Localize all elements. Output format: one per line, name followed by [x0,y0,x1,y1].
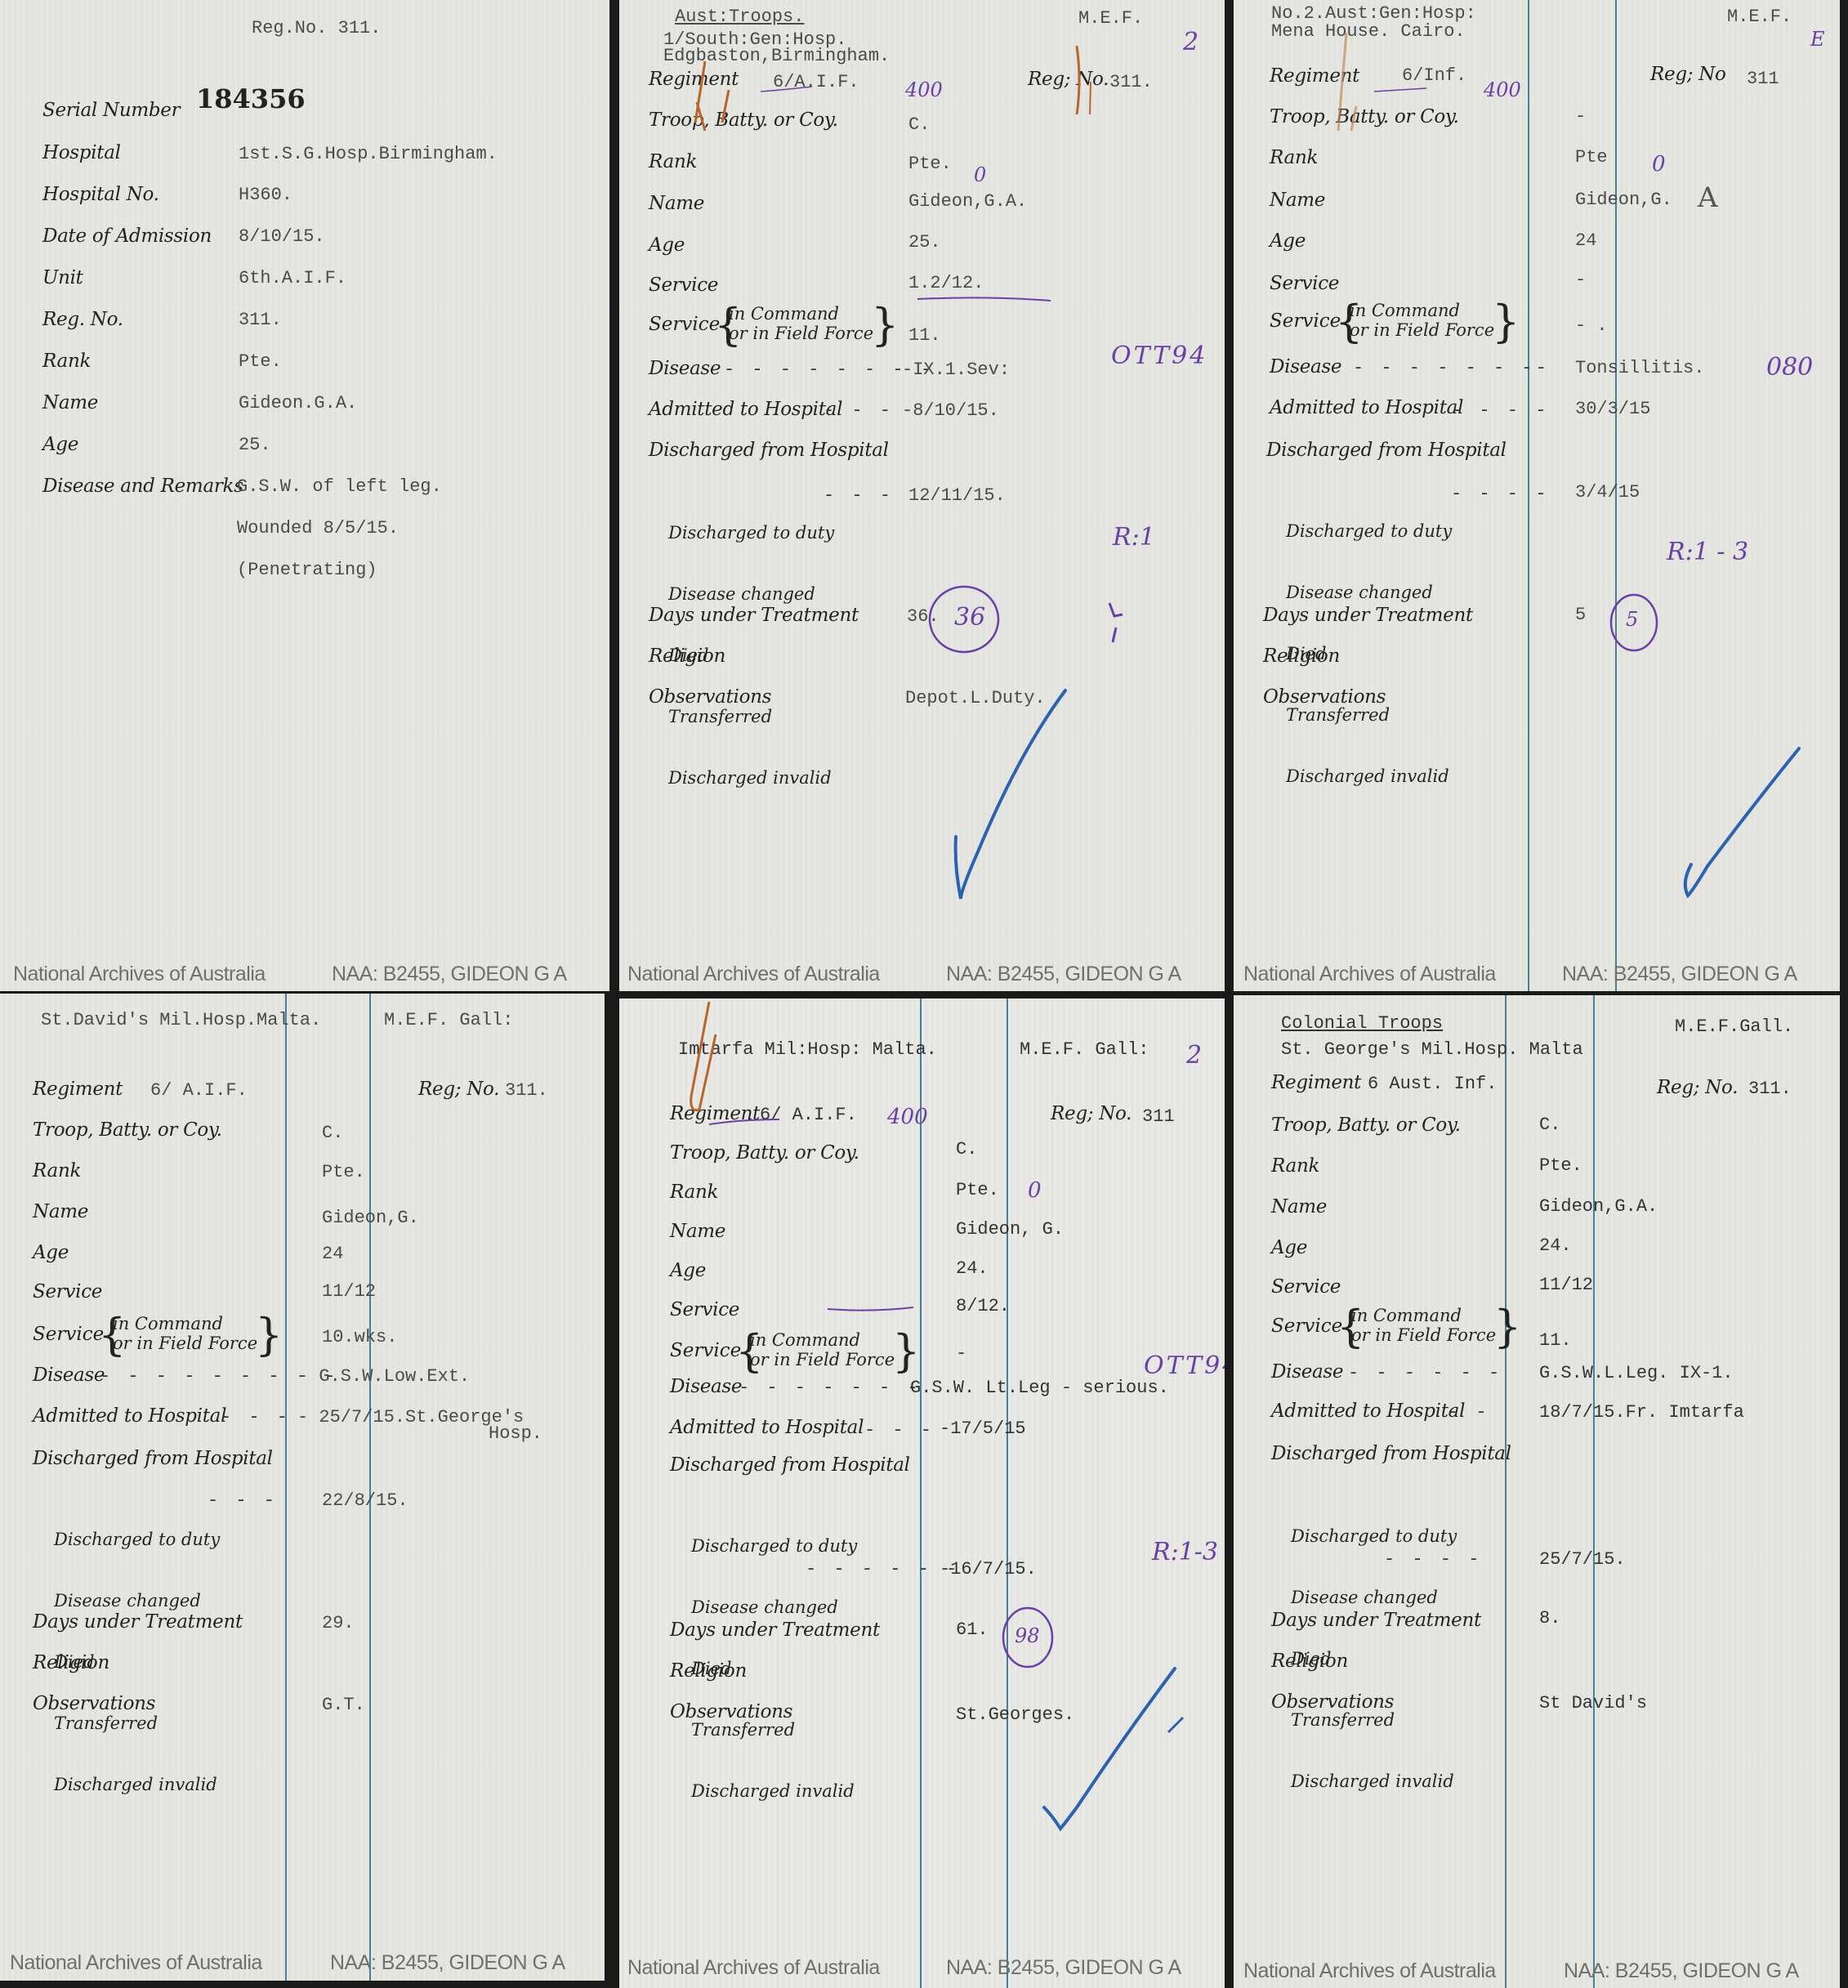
label-service: Service [649,275,718,296]
service-command-line-b: or in Field Force [113,1334,257,1353]
label-name: Name [42,392,98,413]
label-reg-no: Reg; No [1650,64,1726,85]
card-5-imtarfa-malta: Imtarfa Mil:Hosp: Malta. M.E.F. Gall: Re… [619,998,1225,1988]
footer-reference: NAA: B2455, GIDEON G A [946,1956,1181,1980]
sub-disease-changed: Disease changed [691,1597,857,1618]
value-hospital: 1st.S.G.Hosp.Birmingham. [239,144,498,164]
value-observations: St David's [1539,1693,1647,1713]
sub-discharged-invalid: Discharged invalid [54,1775,220,1795]
value-name: Gideon,G.A. [1539,1196,1658,1217]
sub-disease-changed: Disease changed [54,1591,220,1611]
label-admitted: Admitted to Hospital [670,1417,864,1438]
card-header-right: M.E.F. [1078,10,1143,28]
sub-transferred: Transferred [54,1713,220,1734]
annotation-reference: R:1-3 [1152,1538,1218,1566]
value-name: Gideon, G. [956,1219,1064,1240]
label-admitted: Admitted to Hospital [1271,1401,1465,1422]
value-age: 24 [322,1244,343,1264]
value-rank: Pte. [239,351,282,372]
card-header-line-1: St.David's Mil.Hosp.Malta. [41,1012,321,1030]
value-discharged-duty: 3/4/15 [1575,482,1640,503]
sub-discharged-duty: Discharged to duty [668,523,834,543]
value-serial-number: 184356 [196,83,306,114]
card-2-edgbaston: Aust:Troops. 1/South:Gen:Hosp. Edgbaston… [619,0,1225,991]
value-reg-no: 311. [1748,1079,1792,1099]
label-service: Service [1270,273,1339,294]
label-troop: Troop, Batty. or Coy. [649,109,838,131]
card-header-right: M.E.F. Gall: [1020,1041,1149,1059]
label-name: Name [33,1201,88,1222]
label-age: Age [1270,230,1306,252]
value-days-treatment: 29. [322,1613,355,1633]
label-service: Service [670,1299,739,1320]
value-disease: G.S.W.L.Leg. IX-1. [1539,1363,1734,1383]
label-service: Service [1271,1276,1341,1298]
label-observations: Observations [1271,1691,1394,1713]
value-name: Gideon.G.A. [239,393,357,413]
annotation-days-circled: 5 [1626,608,1638,631]
service-command-prefix: Service [33,1324,104,1345]
ruled-line [369,994,371,1981]
ruled-line [1007,998,1008,1988]
value-regiment: 6/Inf. [1402,65,1466,86]
footer-reference: NAA: B2455, GIDEON G A [946,963,1181,986]
value-date-admission: 8/10/15. [239,226,325,247]
sub-discharged-duty: Discharged to duty [1286,521,1452,542]
service-command-prefix: Service [670,1340,741,1361]
value-rank: Pte. [322,1162,365,1182]
value-rank: Pte [1575,147,1608,168]
value-troop: C. [1539,1115,1560,1135]
value-troop: C. [908,114,930,135]
label-religion: Religion [33,1652,109,1673]
card-header-line-3: Edgbaston,Birmingham. [663,47,890,65]
value-service: - [1575,270,1586,290]
label-disease: Disease [1271,1361,1343,1383]
label-discharged: Discharged from Hospital [1271,1443,1511,1464]
service-command-prefix: Service [1270,310,1341,332]
value-reg-no: 311. [505,1080,548,1101]
annotation-rank-code: 0 [974,163,986,186]
value-observations: St.Georges. [956,1704,1074,1725]
annotation-regiment-code: 400 [1484,78,1521,101]
annotation-disease-code: OTT94 [1111,342,1207,370]
sub-transferred: Transferred [691,1720,857,1740]
leader-dashes: - - - - - - -- [1353,358,1550,378]
label-disease-remarks: Disease and Remarks [42,476,243,497]
card-header-line-2: Mena House. Cairo. [1271,23,1466,41]
label-religion: Religion [1271,1651,1348,1672]
value-disease: G.S.W. Lt.Leg - serious. [910,1378,1169,1398]
service-command-line-a: in Command [1351,1306,1462,1325]
card-header-right: M.E.F. Gall: [384,1012,513,1030]
brace-close-icon: } [255,1309,283,1360]
value-admitted: 18/7/15.Fr. Imtarfa [1539,1402,1744,1423]
label-observations: Observations [33,1693,155,1714]
value-transferred: 25/7/15. [1539,1549,1626,1570]
annotation-name-initial: A [1698,181,1718,214]
label-name: Name [670,1221,725,1242]
value-days-treatment: 61. [956,1619,989,1640]
value-rank: Pte. [908,154,952,174]
annotation-disease-code: 080 [1766,353,1813,382]
value-service-command: - [956,1343,966,1364]
label-observations: Observations [649,686,771,708]
label-date-admission: Date of Admission [42,226,212,247]
label-regiment: Regiment [33,1079,123,1100]
value-age: 24. [1539,1235,1572,1256]
value-age: 24. [956,1258,989,1279]
label-serial-number: Serial Number [42,100,180,121]
annotation-rank-code: 0 [1028,1178,1042,1203]
label-days-treatment: Days under Treatment [649,605,859,626]
label-unit: Unit [42,267,83,288]
value-discharged-duty: 12/11/15. [908,485,1006,506]
label-rank: Rank [649,151,697,172]
label-discharged: Discharged from Hospital [649,440,889,461]
leader-dashes: - - - [824,485,894,506]
annotation-corner-letter: E [1810,28,1825,51]
label-observations: Observations [670,1701,792,1722]
label-rank: Rank [33,1160,81,1182]
leader-dashes: - - - [221,1407,291,1427]
ruled-line [1505,995,1507,1988]
value-admitted: -8/10/15. [902,400,999,421]
footer-reference: NAA: B2455, GIDEON G A [1564,1959,1799,1983]
sub-discharged-invalid: Discharged invalid [1291,1771,1457,1792]
value-regiment: 6/A.I.F. [773,72,859,92]
value-days-treatment: 8. [1539,1608,1560,1628]
value-name: Gideon,G. [322,1208,419,1228]
value-rank: Pte. [1539,1155,1582,1176]
card-header-regno: Reg.No. 311. [252,20,381,38]
annotation-corner-number: 2 [1183,28,1199,56]
label-rank: Rank [1271,1155,1319,1177]
card-4-st-davids-malta: St.David's Mil.Hosp.Malta. M.E.F. Gall: … [0,994,605,1981]
sub-discharged-invalid: Discharged invalid [668,768,834,788]
brace-close-icon: } [1492,296,1520,347]
leader-dashes: - - - - [1451,484,1549,504]
value-service: 1.2/12. [908,273,984,293]
value-troop: C. [322,1123,343,1143]
sub-disease-changed: Disease changed [1286,583,1452,603]
label-discharged: Discharged from Hospital [670,1454,910,1476]
value-remarks-wounded: Wounded 8/5/15. [237,518,399,538]
footer-archive-name: National Archives of Australia [1243,1959,1496,1983]
label-admitted: Admitted to Hospital [33,1405,226,1427]
label-age: Age [649,235,685,256]
label-regiment: Regiment [670,1103,760,1124]
value-rank: Pte. [956,1180,999,1200]
sub-discharged-duty: Discharged to duty [1291,1526,1457,1547]
leader-dashes: - - - - [1451,400,1549,421]
ruled-line [1593,995,1595,1988]
annotation-rank-code: 0 [1652,152,1666,176]
value-service-command: 11. [1539,1330,1572,1351]
sub-transferred: Transferred [1291,1710,1457,1731]
label-religion: Religion [649,646,725,667]
value-troop: C. [956,1139,977,1159]
leader-dashes: - - - - - - [806,1559,960,1579]
value-disease: -IX.1.Sev: [902,360,1010,380]
value-regiment: 6/ A.I.F. [760,1105,857,1125]
card-6-st-georges-malta: Colonial Troops St. George's Mil.Hosp. M… [1234,995,1840,1988]
sub-disease-changed: Disease changed [668,584,834,605]
value-troop: - [1575,106,1586,127]
footer-archive-name: National Archives of Australia [627,1956,880,1980]
annotation-days-circled: 98 [1015,1624,1040,1647]
value-days-treatment: 5 [1575,605,1586,625]
ruled-line [920,998,922,1988]
label-reg-no: Reg. No. [42,309,123,330]
label-admitted: Admitted to Hospital [1270,397,1463,418]
card-header-line-1: Colonial Troops [1281,1015,1443,1033]
label-discharged: Discharged from Hospital [33,1448,273,1469]
label-disease: Disease [33,1365,105,1386]
service-command-line-a: in Command [750,1330,860,1350]
value-reg-no: 311 [1747,69,1779,89]
value-age: 25. [908,232,941,252]
value-name: Gideon,G. [1575,190,1672,210]
service-command-prefix: Service [1271,1316,1342,1337]
value-admitted: 30/3/15 [1575,399,1650,419]
label-reg-no: Reg; No. [1028,69,1109,90]
annotation-disease-code: OTT94 [1144,1351,1225,1380]
label-hospital: Hospital [42,142,121,163]
label-regiment: Regiment [1270,65,1359,87]
label-hospital-no: Hospital No. [42,184,159,205]
value-unit: 6th.A.I.F. [239,268,346,288]
service-command-line-b: or in Field Force [729,324,873,343]
brace-close-icon: } [892,1325,920,1377]
card-header-line-1: Aust:Troops. [675,8,804,26]
label-observations: Observations [1263,686,1386,708]
value-regiment: 6 Aust. Inf. [1368,1074,1497,1094]
card-header-line-1: Imtarfa Mil:Hosp: Malta. [678,1041,937,1059]
sub-discharged-duty: Discharged to duty [54,1530,220,1550]
footer-reference: NAA: B2455, GIDEON G A [330,1951,565,1975]
card-3-mena-house-cairo: No.2.Aust:Gen:Hosp: Mena House. Cairo. M… [1234,0,1840,991]
footer-reference: NAA: B2455, GIDEON G A [1562,963,1797,986]
value-transferred: -16/7/15. [940,1559,1037,1579]
value-disease: - G.S.W.Low.Ext. [297,1366,470,1387]
annotation-regiment-code: 400 [887,1105,928,1129]
value-age: 24 [1575,230,1596,251]
card-header-line-2: St. George's Mil.Hosp. Malta [1281,1041,1583,1059]
annotation-reference: R:1 [1113,523,1155,552]
label-name: Name [1271,1196,1327,1217]
value-reg-no: 311. [239,310,282,330]
label-reg-no: Reg; No. [1051,1103,1132,1124]
service-command-line-b: or in Field Force [1350,320,1494,340]
value-days-treatment: 36. [907,606,940,627]
value-reg-no: 311 [1142,1106,1175,1127]
leader-dashes: - - [1448,1402,1490,1423]
ruled-line [285,994,287,1981]
label-age: Age [1271,1237,1307,1258]
value-service-command: - . [1575,315,1608,336]
value-observations: G.T. [322,1695,365,1715]
value-admitted: -17/5/15 [940,1418,1026,1439]
label-religion: Religion [1263,646,1340,667]
annotation-regiment-code: 400 [905,78,943,101]
value-service-command: 10.wks. [322,1327,397,1347]
label-troop: Troop, Batty. or Coy. [1271,1115,1461,1136]
service-command-line-a: in Command [113,1314,223,1334]
label-age: Age [670,1260,706,1281]
annotation-days-circled: 36 [954,603,985,632]
service-command-line-a: in Command [1350,301,1460,320]
brace-close-icon: } [1493,1301,1521,1352]
service-command-line-a: in Command [729,304,839,324]
label-reg-no: Reg; No. [418,1079,499,1100]
label-regiment: Regiment [649,69,739,90]
sub-discharged-invalid: Discharged invalid [691,1781,857,1802]
label-regiment: Regiment [1271,1072,1361,1093]
footer-archive-name: National Archives of Australia [13,963,266,986]
value-discharged-duty: 22/8/15. [322,1490,408,1511]
label-troop: Troop, Batty. or Coy. [33,1119,222,1141]
leader-dashes: - - - [824,400,894,421]
value-remarks-penetrating: (Penetrating) [237,560,377,580]
footer-archive-name: National Archives of Australia [10,1951,262,1975]
service-command-line-b: or in Field Force [750,1350,895,1369]
value-disease: Tonsillitis. [1575,358,1704,378]
label-rank: Rank [1270,147,1318,168]
sub-disease-changed: Disease changed [1291,1588,1457,1608]
label-days-treatment: Days under Treatment [1263,605,1473,626]
value-disease-remarks: G.S.W. of left leg. [237,476,442,497]
label-rank: Rank [42,351,91,372]
label-name: Name [649,193,704,214]
footer-archive-name: National Archives of Australia [627,963,880,986]
annotation-reference: R:1 - 3 [1667,538,1748,566]
value-service: 8/12. [956,1296,1010,1316]
leader-dashes: - - - [864,1420,935,1441]
service-command-line-b: or in Field Force [1351,1325,1496,1345]
leader-dashes: - - - [208,1490,278,1511]
label-rank: Rank [670,1182,718,1203]
label-admitted: Admitted to Hospital [649,399,842,420]
label-days-treatment: Days under Treatment [33,1611,243,1633]
service-command-prefix: Service [649,314,720,335]
value-service: 11/12 [322,1281,376,1302]
sub-transferred: Transferred [1286,705,1452,726]
sub-discharged-duty: Discharged to duty [691,1536,857,1557]
label-name: Name [1270,190,1325,211]
card-header-line-1: No.2.Aust:Gen:Hosp: [1271,5,1476,23]
footer-reference: NAA: B2455, GIDEON G A [332,963,567,986]
label-disease: Disease [1270,356,1341,377]
label-troop: Troop, Batty. or Coy. [670,1142,859,1164]
label-disease: Disease [649,358,721,379]
label-age: Age [33,1242,69,1263]
label-days-treatment: Days under Treatment [670,1619,880,1641]
brace-close-icon: } [871,299,899,351]
label-service: Service [33,1281,102,1302]
value-service: 11/12 [1539,1275,1593,1295]
value-reg-no: 311. [1109,72,1153,92]
label-age: Age [42,434,78,455]
annotation-corner-number: 2 [1186,1041,1202,1070]
card-header-right: M.E.F.Gall. [1675,1018,1793,1036]
label-discharged: Discharged from Hospital [1266,440,1507,461]
label-disease: Disease [670,1376,742,1397]
footer-archive-name: National Archives of Australia [1243,963,1496,986]
leader-dashes: - - - - - - - [739,1378,922,1398]
value-age: 25. [239,435,271,455]
label-religion: Religion [670,1660,747,1682]
value-regiment: 6/ A.I.F. [150,1080,248,1101]
label-reg-no: Reg; No. [1657,1077,1738,1098]
label-days-treatment: Days under Treatment [1271,1610,1481,1631]
card-1-birmingham-summary: Reg.No. 311. Serial Number 184356 Hospit… [0,0,609,991]
leader-dashes: - - - - - - [1348,1363,1502,1383]
sub-discharged-invalid: Discharged invalid [1286,766,1452,787]
value-admitted-cont: Hosp. [489,1423,542,1444]
value-name: Gideon,G.A. [908,191,1027,212]
leader-dashes: - - - - [1384,1549,1482,1570]
value-service-command: 11. [908,325,941,346]
value-observations: Depot.L.Duty. [905,688,1046,708]
label-troop: Troop, Batty. or Coy. [1270,106,1459,127]
sub-transferred: Transferred [668,707,834,727]
card-header-right: M.E.F. [1727,8,1792,26]
value-hospital-no: H360. [239,185,292,205]
